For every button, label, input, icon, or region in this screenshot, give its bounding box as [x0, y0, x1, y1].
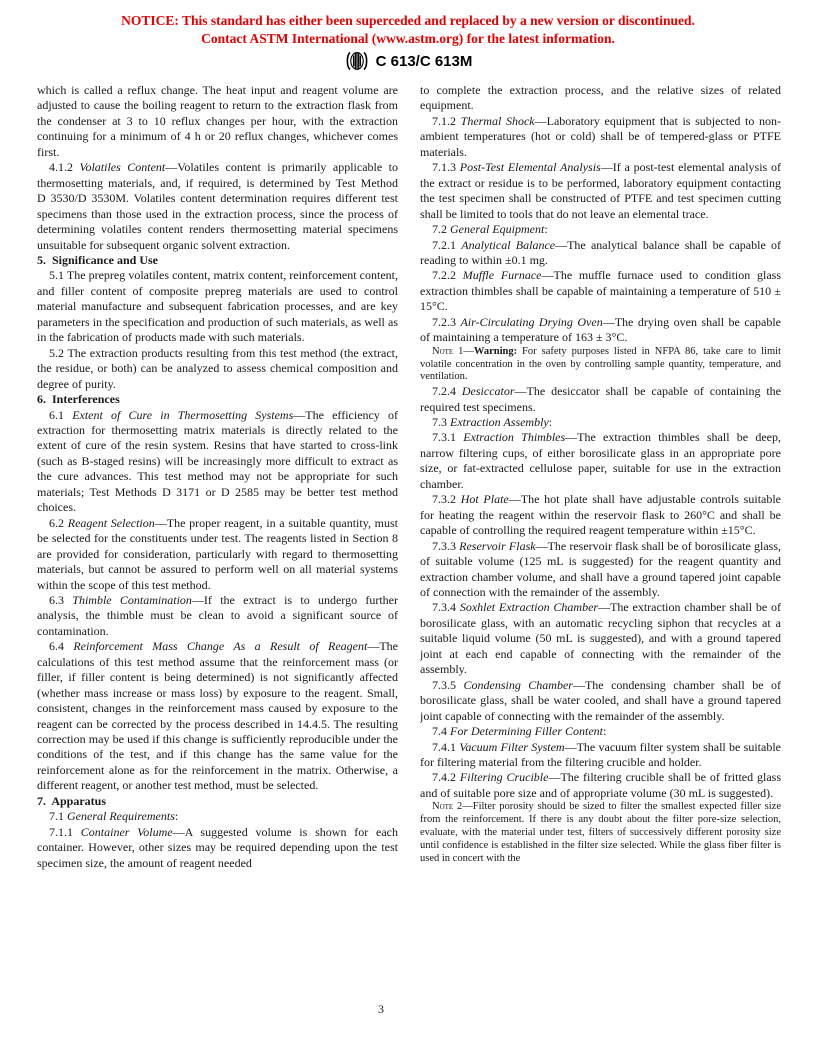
notice-line-1: NOTICE: This standard has either been su… [0, 12, 816, 30]
body-paragraph: 7.3.1 Extraction Thimbles—The extraction… [420, 430, 781, 492]
document-page: NOTICE: This standard has either been su… [0, 0, 816, 1056]
body-paragraph: 7.3.5 Condensing Chamber—The condensing … [420, 678, 781, 724]
body-paragraph: which is called a reflux change. The hea… [37, 83, 398, 160]
astm-logo-icon [344, 51, 370, 71]
body-paragraph: 7.1.1 Container Volume—A suggested volum… [37, 825, 398, 871]
page-number: 3 [0, 1002, 762, 1017]
note-paragraph: Note 1—Warning: For safety purposes list… [420, 346, 781, 384]
body-paragraph: 7.2 General Equipment: [420, 222, 781, 237]
body-paragraph: 6.3 Thimble Contamination—If the extract… [37, 593, 398, 639]
discontinuation-notice: NOTICE: This standard has either been su… [0, 12, 816, 48]
document-header: C 613/C 613M [0, 51, 816, 71]
body-paragraph: 7.3.4 Soxhlet Extraction Chamber—The ext… [420, 600, 781, 677]
body-paragraph: 5.2 The extraction products resulting fr… [37, 346, 398, 392]
body-paragraph: 7.4.2 Filtering Crucible—The filtering c… [420, 770, 781, 801]
left-column: which is called a reflux change. The hea… [37, 83, 398, 1008]
body-paragraph: 7.1.2 Thermal Shock—Laboratory equipment… [420, 114, 781, 160]
note-paragraph: Note 2—Filter porosity should be sized t… [420, 801, 781, 865]
body-paragraph: 7.4.1 Vacuum Filter System—The vacuum fi… [420, 740, 781, 771]
body-paragraph: 6.2 Reagent Selection—The proper reagent… [37, 516, 398, 593]
body-paragraph: 7.1 General Requirements: [37, 809, 398, 824]
body-paragraph: 7.4 For Determining Filler Content: [420, 724, 781, 739]
body-paragraph: 5.1 The prepreg volatiles content, matri… [37, 268, 398, 345]
body-paragraph: 7.3 Extraction Assembly: [420, 415, 781, 430]
body-paragraph: 7.2.2 Muffle Furnace—The muffle furnace … [420, 268, 781, 314]
section-heading: 5. Significance and Use [37, 253, 398, 268]
body-paragraph: 4.1.2 Volatiles Content—Volatiles conten… [37, 160, 398, 253]
body-paragraph: 7.3.2 Hot Plate—The hot plate shall have… [420, 492, 781, 538]
body-paragraph: 7.2.4 Desiccator—The desiccator shall be… [420, 384, 781, 415]
section-heading: 7. Apparatus [37, 794, 398, 809]
standard-designation: C 613/C 613M [376, 53, 473, 70]
body-paragraph: 6.1 Extent of Cure in Thermosetting Syst… [37, 408, 398, 516]
section-heading: 6. Interferences [37, 392, 398, 407]
body-paragraph: to complete the extraction process, and … [420, 83, 781, 114]
body-paragraph: 7.1.3 Post-Test Elemental Analysis—If a … [420, 160, 781, 222]
body-paragraph: 7.3.3 Reservoir Flask—The reservoir flas… [420, 539, 781, 601]
notice-line-2: Contact ASTM International (www.astm.org… [0, 30, 816, 48]
body-paragraph: 7.2.1 Analytical Balance—The analytical … [420, 238, 781, 269]
right-column: to complete the extraction process, and … [420, 83, 781, 1008]
body-paragraph: 6.4 Reinforcement Mass Change As a Resul… [37, 639, 398, 794]
body-paragraph: 7.2.3 Air-Circulating Drying Oven—The dr… [420, 315, 781, 346]
